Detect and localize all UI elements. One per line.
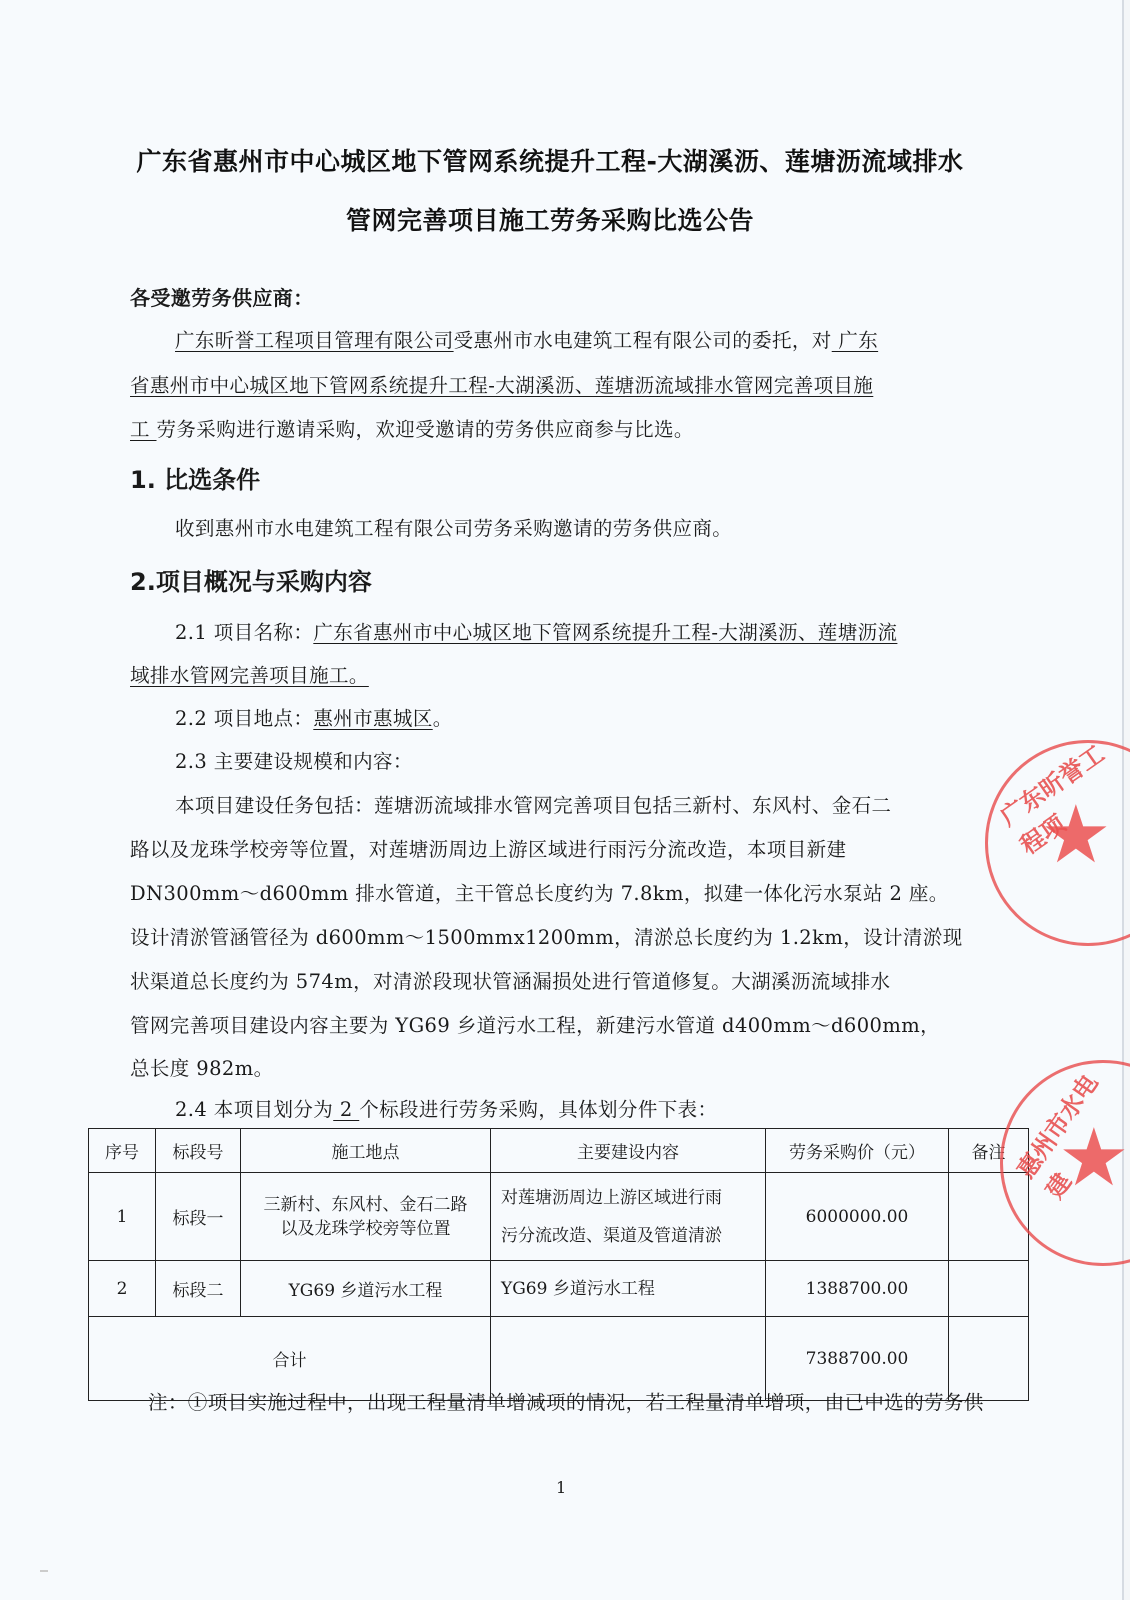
item-2-3-line: 总长度 982m。 [130,1056,970,1082]
item-2-3-line: 管网完善项目建设内容主要为 YG69 乡道污水工程，新建污水管道 d400mm～… [130,1013,970,1039]
intro-mid: 受惠州市水电建筑工程有限公司的委托，对 [454,329,832,352]
section-count: 2 [333,1098,359,1121]
row-no: 2 [89,1261,156,1317]
item-2-2: 2.2 项目地点：惠州市惠城区。 [175,706,1015,732]
content-line-1: 对莲塘沥周边上游区域进行雨 [501,1179,761,1217]
row-content: YG69 乡道污水工程 [491,1261,766,1317]
item-2-2-value: 惠州市惠城区 [313,707,432,730]
item-2-1-value-line-2: 域排水管网完善项目施工。 [130,664,369,687]
section-2-heading: 2.项目概况与采购内容 [130,562,372,597]
salutation: 各受邀劳务供应商： [130,285,970,311]
item-2-1-continued: 域排水管网完善项目施工。 [130,663,970,689]
total-label: 合计 [89,1317,491,1401]
item-2-3-line: 路以及龙珠学校旁等位置，对莲塘沥周边上游区域进行雨污分流改造，本项目新建 [130,837,970,863]
row-note [949,1261,1029,1317]
row-no: 1 [89,1173,156,1261]
item-2-4-prefix: 2.4 本项目划分为 [175,1098,333,1121]
item-2-3-line: 设计清淤管涵管径为 d600mm～1500mmx1200mm，清淤总长度约为 1… [130,925,970,951]
intro-paragraph-line-1: 广东昕誉工程项目管理有限公司受惠州市水电建筑工程有限公司的委托，对 广东 [175,328,1015,354]
document-title-line-2: 管网完善项目施工劳务采购比选公告 [100,201,1000,237]
row-location: YG69 乡道污水工程 [241,1261,491,1317]
location-line-2: 以及龙珠学校旁等位置 [245,1217,486,1241]
section-1-heading: 1. 比选条件 [130,460,260,495]
table-total-row: 合计 7388700.00 [89,1317,1029,1401]
item-2-2-end: 。 [433,707,453,730]
project-name-part-1: 广东 [832,329,878,352]
table-row: 1 标段一 三新村、东风村、金石二路 以及龙珠学校旁等位置 对莲塘沥周边上游区域… [89,1173,1029,1261]
lots-table: 序号 标段号 施工地点 主要建设内容 劳务采购价（元） 备注 1 标段一 三新村… [88,1128,1029,1401]
row-content: 对莲塘沥周边上游区域进行雨 污分流改造、渠道及管道清淤 [491,1173,766,1261]
table-row: 2 标段二 YG69 乡道污水工程 YG69 乡道污水工程 1388700.00 [89,1261,1029,1317]
header-cell: 标段号 [156,1129,241,1173]
header-cell: 序号 [89,1129,156,1173]
agency-name: 广东昕誉工程项目管理有限公司 [175,329,454,352]
project-name-part-2: 省惠州市中心城区地下管网系统提升工程-大湖溪沥、莲塘沥流域排水管网完善项目施 [130,374,873,397]
item-2-4-suffix: 个标段进行劳务采购，具体划分件下表： [359,1098,717,1121]
row-price: 1388700.00 [766,1261,949,1317]
project-name-part-3: 工 [130,418,157,441]
row-section: 标段一 [156,1173,241,1261]
total-price: 7388700.00 [766,1317,949,1401]
section-1-body: 收到惠州市水电建筑工程有限公司劳务采购邀请的劳务供应商。 [175,516,1015,542]
intro-paragraph-line-3: 工 劳务采购进行邀请采购，欢迎受邀请的劳务供应商参与比选。 [130,417,970,443]
page-number: 1 [556,1478,566,1497]
intro-tail: 劳务采购进行邀请采购，欢迎受邀请的劳务供应商参与比选。 [157,418,694,441]
item-2-1-value: 广东省惠州市中心城区地下管网系统提升工程-大湖溪沥、莲塘沥流 [313,621,897,644]
row-location: 三新村、东风村、金石二路 以及龙珠学校旁等位置 [241,1173,491,1261]
total-content [491,1317,766,1401]
content-line-2: 污分流改造、渠道及管道清淤 [501,1217,761,1255]
item-2-3-line: 本项目建设任务包括：莲塘沥流域排水管网完善项目包括三新村、东风村、金石二 [175,793,1015,819]
star-icon: ★ [1040,795,1112,875]
item-2-3-line: 状渠道总长度约为 574m，对清淤段现状管涵漏损处进行管道修复。大湖溪沥流域排水 [130,969,970,995]
item-2-3-line: DN300mm～d600mm 排水管道，主干管总长度约为 7.8km，拟建一体化… [130,881,970,907]
row-section: 标段二 [156,1261,241,1317]
item-2-3-label: 2.3 主要建设规模和内容： [175,749,1015,775]
row-price: 6000000.00 [766,1173,949,1261]
item-2-4: 2.4 本项目划分为 2 个标段进行劳务采购，具体划分件下表： [175,1097,1015,1123]
star-icon: ★ [1058,1118,1130,1198]
header-cell: 劳务采购价（元） [766,1129,949,1173]
scan-artifact [40,1570,48,1572]
document-title-line-1: 广东省惠州市中心城区地下管网系统提升工程-大湖溪沥、莲塘沥流域排水 [100,142,1000,178]
header-cell: 主要建设内容 [491,1129,766,1173]
item-2-1-label: 2.1 项目名称： [175,621,313,644]
header-cell: 施工地点 [241,1129,491,1173]
intro-paragraph-line-2: 省惠州市中心城区地下管网系统提升工程-大湖溪沥、莲塘沥流域排水管网完善项目施 [130,373,970,399]
item-2-1: 2.1 项目名称：广东省惠州市中心城区地下管网系统提升工程-大湖溪沥、莲塘沥流 [175,620,1015,646]
table-header-row: 序号 标段号 施工地点 主要建设内容 劳务采购价（元） 备注 [89,1129,1029,1173]
location-line-1: 三新村、东风村、金石二路 [245,1193,486,1217]
item-2-2-label: 2.2 项目地点： [175,707,313,730]
total-note [949,1317,1029,1401]
footnote: 注：①项目实施过程中，出现工程量清单增减项的情况，若工程量清单增项，由已中选的劳… [148,1390,988,1416]
